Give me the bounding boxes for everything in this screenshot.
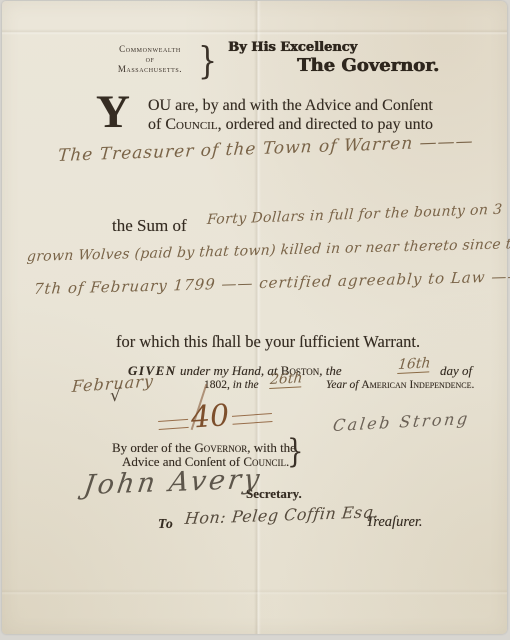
given-line: GIVEN under my Hand, at Boston, the	[128, 363, 342, 379]
sum-label: the Sum of	[112, 216, 187, 236]
in-the-label: in the	[233, 379, 259, 391]
opening-line-2: of Council, ordered and directed to pay …	[148, 115, 433, 135]
flourish-right	[232, 413, 273, 425]
header-brace: }	[198, 40, 217, 84]
dropcap-Y: Y	[96, 92, 130, 132]
under-hand-label: under my Hand, at	[177, 363, 281, 378]
fold-crease-horizontal-top	[2, 29, 507, 35]
warrant-line: for which this ſhall be your ſufficient …	[116, 332, 420, 352]
secretary-signature: John Avery	[82, 464, 265, 501]
year-value: 1802,	[204, 379, 233, 391]
order-line-1-governor: Governor	[194, 440, 247, 455]
commonwealth-line3: Massachusetts.	[100, 64, 200, 74]
governor-line: The Governor.	[297, 55, 439, 76]
year-of-label: Year of	[326, 379, 361, 391]
opening-line-2-pre: of	[148, 116, 165, 133]
year-printed: 1802, in the	[204, 379, 259, 391]
opening-line-2-council: Council	[165, 116, 217, 133]
to-label: To	[158, 516, 174, 532]
day-handwritten: 16th	[397, 355, 431, 374]
independence-label: American Independence.	[361, 379, 474, 391]
independence-year-handwritten: 26th	[269, 370, 303, 389]
fold-crease-horizontal-bottom	[2, 589, 507, 595]
secretary-label: Secretary.	[246, 486, 302, 502]
day-of-label: day of	[440, 363, 472, 379]
commonwealth-line1: Commonwealth	[100, 44, 200, 54]
opening-line-1: OU are, by and with the Advice and Conſe…	[148, 96, 433, 116]
comma-the-label: , the	[319, 363, 341, 378]
checkmark: √	[110, 386, 121, 406]
amount-figure: 40	[190, 398, 231, 436]
order-line-1-pre: By order of the	[112, 440, 194, 455]
flourish-left	[158, 419, 189, 430]
opening-line-2-post: , ordered and directed to pay unto	[218, 116, 433, 133]
treasurer-label: Treaſurer.	[366, 514, 423, 531]
excellency-line: By His Excellency	[228, 40, 357, 55]
order-brace: }	[287, 433, 304, 471]
commonwealth-heading: Commonwealth of Massachusetts.	[100, 44, 200, 74]
scanned-document: Commonwealth of Massachusetts. } By His …	[0, 0, 510, 640]
independence-line: Year of American Independence.	[326, 379, 474, 391]
commonwealth-line2: of	[100, 54, 200, 64]
